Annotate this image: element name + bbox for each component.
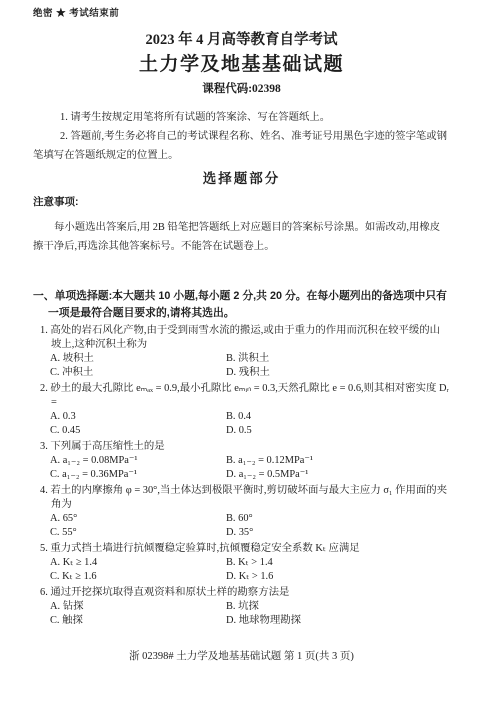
- course-code: 课程代码:02398: [33, 82, 450, 96]
- option-a: A. a₁₋₂ = 0.08MPa⁻¹: [50, 454, 226, 468]
- option-b: B. Kₜ > 1.4: [226, 556, 450, 570]
- option-d: D. 残积土: [226, 366, 450, 380]
- options-grid: A. 坡积土 B. 洪积土 C. 冲积土 D. 残积土: [50, 352, 450, 380]
- option-d: D. Kₜ > 1.6: [226, 570, 450, 584]
- question-item-1: 1. 高处的岩石风化产物,由于受到雨雪水流的搬运,或由于重力的作用而沉积在较平缓…: [33, 324, 450, 380]
- option-a: A. Kₜ ≥ 1.4: [50, 556, 226, 570]
- notice-paragraph: 每小题选出答案后,用 2B 铅笔把答题纸上对应题目的答案标号涂黑。如需改动,用橡…: [33, 218, 450, 256]
- option-c: C. 冲积土: [50, 366, 226, 380]
- option-c: C. 0.45: [50, 424, 226, 438]
- option-a: A. 坡积土: [50, 352, 226, 366]
- question-item-3: 3. 下列属于高压缩性土的是 A. a₁₋₂ = 0.08MPa⁻¹ B. a₁…: [33, 440, 450, 482]
- classification-label: 绝密 ★ 考试结束前: [33, 8, 450, 20]
- option-c: C. Kₜ ≥ 1.6: [50, 570, 226, 584]
- question-item-2: 2. 砂土的最大孔隙比 eₘₐₓ = 0.9,最小孔隙比 eₘᵢₙ = 0.3,…: [33, 382, 450, 438]
- choice-part-heading: 选择题部分: [33, 171, 450, 186]
- question-text: 2. 砂土的最大孔隙比 eₘₐₓ = 0.9,最小孔隙比 eₘᵢₙ = 0.3,…: [51, 382, 450, 410]
- question-text: 3. 下列属于高压缩性土的是: [51, 440, 450, 454]
- options-grid: A. 0.3 B. 0.4 C. 0.45 D. 0.5: [50, 410, 450, 438]
- exam-paper-page: 绝密 ★ 考试结束前 2023 年 4 月高等教育自学考试 土力学及地基基础试题…: [0, 0, 483, 703]
- option-c: C. 触探: [50, 614, 226, 628]
- option-d: D. 35°: [226, 526, 450, 540]
- option-a: A. 钻探: [50, 600, 226, 614]
- option-b: B. 洪积土: [226, 352, 450, 366]
- option-d: D. a₁₋₂ = 0.5MPa⁻¹: [226, 468, 450, 482]
- instruction-item-1: 1. 请考生按规定用笔将所有试题的答案涂、写在答题纸上。: [33, 108, 450, 127]
- option-a: A. 65°: [50, 512, 226, 526]
- question-text: 6. 通过开挖探坑取得直观资料和原状土样的勘察方法是: [51, 586, 450, 600]
- paper-title: 土力学及地基基础试题: [33, 53, 450, 76]
- options-grid: A. a₁₋₂ = 0.08MPa⁻¹ B. a₁₋₂ = 0.12MPa⁻¹ …: [50, 454, 450, 482]
- notice-label: 注意事项:: [33, 196, 450, 209]
- option-b: B. 0.4: [226, 410, 450, 424]
- section-one-heading: 一、单项选择题:本大题共 10 小题,每小题 2 分,共 20 分。在每小题列出…: [33, 288, 450, 322]
- question-item-4: 4. 若土的内摩擦角 φ = 30°,当土体达到极限平衡时,剪切破坏面与最大主应…: [33, 484, 450, 540]
- instruction-item-2: 2. 答题前,考生务必将自己的考试课程名称、姓名、准考证号用黑色字迹的签字笔或钢…: [33, 127, 450, 165]
- option-b: B. 60°: [226, 512, 450, 526]
- option-b: B. 坑探: [226, 600, 450, 614]
- option-c: C. a₁₋₂ = 0.36MPa⁻¹: [50, 468, 226, 482]
- question-text: 1. 高处的岩石风化产物,由于受到雨雪水流的搬运,或由于重力的作用而沉积在较平缓…: [51, 324, 450, 352]
- option-d: D. 0.5: [226, 424, 450, 438]
- question-item-6: 6. 通过开挖探坑取得直观资料和原状土样的勘察方法是 A. 钻探 B. 坑探 C…: [33, 586, 450, 628]
- option-d: D. 地球物理勘探: [226, 614, 450, 628]
- question-text: 5. 重力式挡土墙进行抗倾覆稳定验算时,抗倾覆稳定安全系数 Kₜ 应满足: [51, 542, 450, 556]
- options-grid: A. 钻探 B. 坑探 C. 触探 D. 地球物理勘探: [50, 600, 450, 628]
- question-item-5: 5. 重力式挡土墙进行抗倾覆稳定验算时,抗倾覆稳定安全系数 Kₜ 应满足 A. …: [33, 542, 450, 584]
- page-footer: 浙 02398# 土力学及地基基础试题 第 1 页(共 3 页): [33, 650, 450, 664]
- options-grid: A. Kₜ ≥ 1.4 B. Kₜ > 1.4 C. Kₜ ≥ 1.6 D. K…: [50, 556, 450, 584]
- exam-session-title: 2023 年 4 月高等教育自学考试: [33, 32, 450, 48]
- option-c: C. 55°: [50, 526, 226, 540]
- options-grid: A. 65° B. 60° C. 55° D. 35°: [50, 512, 450, 540]
- question-list: 1. 高处的岩石风化产物,由于受到雨雪水流的搬运,或由于重力的作用而沉积在较平缓…: [33, 324, 450, 628]
- option-a: A. 0.3: [50, 410, 226, 424]
- option-b: B. a₁₋₂ = 0.12MPa⁻¹: [226, 454, 450, 468]
- instructions-list: 1. 请考生按规定用笔将所有试题的答案涂、写在答题纸上。 2. 答题前,考生务必…: [33, 108, 450, 165]
- question-text: 4. 若土的内摩擦角 φ = 30°,当土体达到极限平衡时,剪切破坏面与最大主应…: [51, 484, 450, 512]
